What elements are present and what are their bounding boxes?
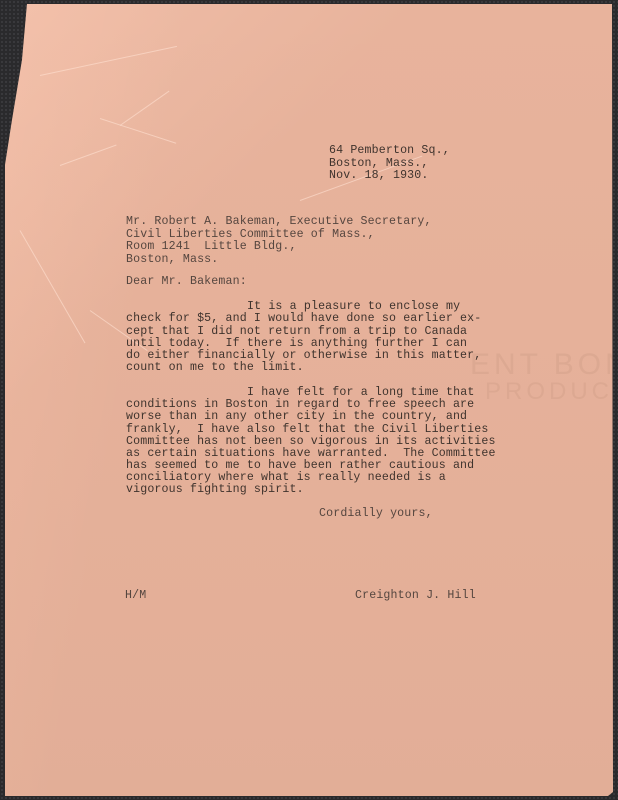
- watermark-line-1: ENT BOND: [470, 348, 618, 382]
- recipient-address-line: Room 1241 Little Bldg.,: [126, 241, 297, 253]
- recipient-address-line: Boston, Mass.: [126, 254, 218, 266]
- signature-name: Creighton J. Hill: [355, 590, 476, 602]
- paper-crease: [60, 145, 117, 166]
- paper-crease: [40, 46, 177, 76]
- salutation: Dear Mr. Bakeman:: [126, 276, 247, 288]
- paper-crease: [100, 118, 176, 144]
- letter-date: Nov. 18, 1930.: [329, 170, 429, 182]
- recipient-address-line: Mr. Robert A. Bakeman, Executive Secreta…: [126, 216, 432, 228]
- closing: Cordially yours,: [319, 508, 433, 520]
- sender-address-line: 64 Pemberton Sq.,: [329, 145, 450, 157]
- typist-initials: H/M: [125, 590, 146, 602]
- watermark-line-2: PRODUCT: [485, 378, 618, 406]
- paragraph-2-line: worse than in any other city in the coun…: [126, 411, 467, 423]
- paragraph-1-line: count on me to the limit.: [126, 362, 304, 374]
- paragraph-1-line: check for $5, and I would have done so e…: [126, 313, 481, 325]
- paper-crease: [20, 230, 86, 343]
- paragraph-2-line: vigorous fighting spirit.: [126, 484, 304, 496]
- paper-crease: [120, 91, 170, 126]
